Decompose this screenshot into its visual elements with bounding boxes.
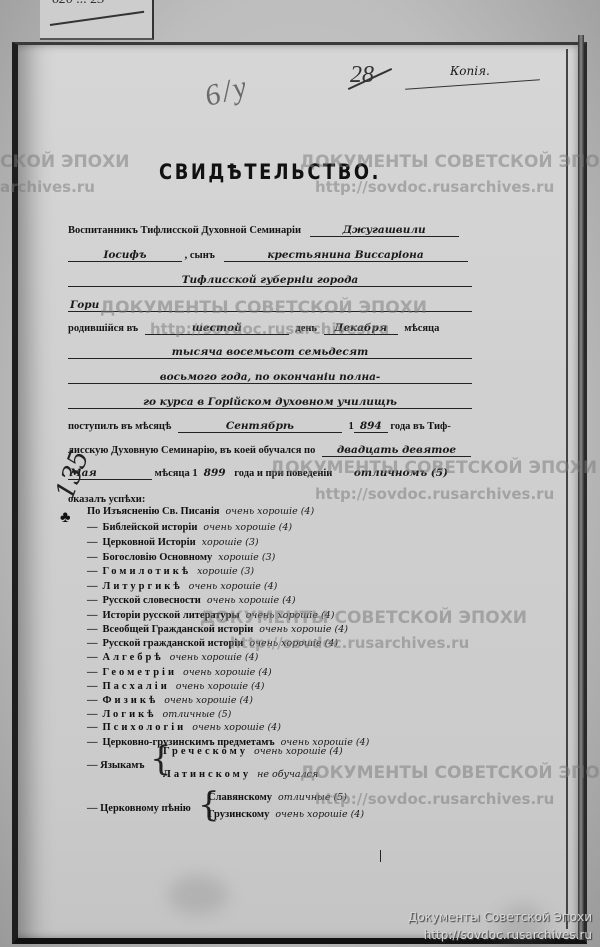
subject-row: —Физикѣочень хорошіе (4)	[87, 695, 253, 706]
subject-grade: очень хорошіе (4)	[189, 581, 278, 592]
given-name-field: Іосифъ	[68, 249, 182, 262]
language-row: Латинскомуне обучался	[163, 769, 318, 780]
archive-tab-number: 620 ... 23	[52, 0, 105, 8]
archive-tab: 620 ... 23	[40, 0, 154, 40]
pen-stroke	[50, 11, 144, 26]
language-name: Греческому	[163, 746, 248, 757]
subject-grade: хорошіе (3)	[218, 552, 275, 563]
subject-name: Геометріи	[103, 667, 178, 678]
singing-row: Славянскомуотличные (5)	[208, 792, 347, 803]
subject-name: Библейской исторіи	[103, 522, 198, 533]
subject-grade: очень хорошіе (4)	[192, 722, 281, 733]
subject-name: Алгебрѣ	[103, 652, 164, 663]
ink-mark	[380, 850, 381, 862]
birth-month-field: Декабря	[324, 322, 398, 335]
document-title: СВИДѢТЕЛЬСТВО.	[41, 160, 500, 184]
subject-grade: очень хорошіе (4)	[246, 610, 335, 621]
page-edge	[578, 35, 584, 940]
subject-name: Гомилотикѣ	[103, 566, 192, 577]
label-son: , сынъ	[185, 250, 215, 261]
subject-row: —Психологіиочень хорошіе (4)	[87, 722, 281, 733]
label-day: день	[295, 323, 317, 334]
studied-until-day-field: двадцать девятое	[322, 444, 471, 457]
subject-row: —Геометріиочень хорошіе (4)	[87, 667, 272, 678]
subject-row: —Русской гражданской исторіиочень хороші…	[87, 638, 338, 649]
label-born: родившійся въ	[68, 323, 138, 334]
singing-name: Грузинскому	[208, 809, 269, 820]
intro-line-10: лисскую Духовную Семинарію, въ коей обуч…	[68, 444, 471, 457]
intro-line-2: Іосифъ , сынъ крестьянина Виссаріона	[68, 249, 468, 262]
subject-name: Физикѣ	[103, 695, 159, 706]
intro-line-4: Гори	[68, 299, 472, 312]
label-pupil: Воспитанникъ Тифлисской Духовной Семинар…	[68, 225, 301, 236]
singing-grade: очень хорошіе (4)	[275, 809, 364, 820]
entry-year-field: 894	[354, 420, 388, 433]
language-row: Греческомуочень хорошіе (4)	[163, 746, 343, 757]
subject-row: —Библейской исторіиочень хорошіе (4)	[87, 522, 292, 533]
subject-name: Богословію Основному	[103, 552, 213, 563]
label-month: мѣсяца	[404, 323, 439, 334]
birth-year-field-2: восьмого года, по окончаніи полна-	[68, 371, 472, 384]
subject-grade: очень хорошіе (4)	[203, 522, 292, 533]
intro-line-8: го курса в Горійском духовном училищѣ	[68, 396, 472, 409]
language-grade: не обучался	[257, 769, 318, 780]
subject-row: —Всеобщей Гражданской исторіиочень хорош…	[87, 624, 348, 635]
subject-name: Логикѣ	[103, 709, 157, 720]
languages-label: — Языкамъ	[87, 760, 145, 771]
subject-row: —Церковной Исторіихорошіе (3)	[87, 537, 259, 548]
subject-name: Русской гражданской исторіи	[103, 638, 244, 649]
intro-line-11: Мая мѣсяца 1899 года и при поведеніи отл…	[68, 467, 463, 480]
singing-row: Грузинскомуочень хорошіе (4)	[208, 809, 364, 820]
label-studied: лисскую Духовную Семинарію, въ коей обуч…	[68, 445, 315, 456]
subject-grade: очень хорошіе (4)	[176, 681, 265, 692]
label-year-entered: года въ Тиф-	[390, 421, 450, 432]
origin-field-2: Гори	[68, 299, 472, 312]
subject-row: —Гомилотикѣхорошіе (3)	[87, 566, 254, 577]
intro-line-9: поступилъ въ мѣсяцѣ Сентябрѣ 1894 года в…	[68, 420, 451, 433]
subject-name: Пасхаліи	[103, 681, 170, 692]
footer-watermark-url: http://sovdoc.rusarchives.ru	[424, 928, 592, 942]
subject-grade: очень хорошіе (4)	[183, 667, 272, 678]
subject-row: —Алгебрѣочень хорошіе (4)	[87, 652, 258, 663]
subject-row: —Богословію Основномухорошіе (3)	[87, 552, 275, 563]
language-grade: очень хорошіе (4)	[254, 746, 343, 757]
subject-row: По Изъясненію Св. Писаніяочень хорошіе (…	[82, 506, 314, 517]
intro-line-5: родившійся въ шестой день Декабря мѣсяца	[68, 322, 439, 335]
subject-grade: очень хорошіе (4)	[225, 506, 314, 517]
subject-row: —Логикѣотличные (5)	[87, 709, 231, 720]
intro-line-1: Воспитанникъ Тифлисской Духовной Семинар…	[68, 224, 459, 237]
stain	[168, 875, 228, 915]
footer-watermark-title: Документы Советской Эпохи	[408, 910, 592, 924]
label-year-conduct: года и при поведеніи	[234, 468, 332, 479]
subject-name: Русской словесности	[103, 595, 201, 606]
birth-day-field: шестой	[145, 322, 289, 335]
label-month2: мѣсяца	[155, 468, 190, 479]
exit-year-field: 899	[198, 467, 232, 479]
birth-year-field-1: тысяча восемьсот семьдесят	[68, 346, 472, 359]
subject-grade: очень хорошіе (4)	[207, 595, 296, 606]
label-entered: поступилъ въ мѣсяцѣ	[68, 421, 171, 432]
entry-month-field: Сентябрѣ	[178, 420, 342, 433]
subject-name: Всеобщей Гражданской исторіи	[103, 624, 254, 635]
kopiya-label: Копія.	[450, 64, 490, 78]
subject-name: Церковной Исторіи	[103, 537, 196, 548]
subject-row: —Литургикѣочень хорошіе (4)	[87, 581, 277, 592]
ink-blot-icon: ♣	[60, 509, 71, 527]
surname-field: Джугашвили	[310, 224, 459, 237]
crossed-out-number: 28	[350, 62, 374, 89]
subject-row: —Исторіи русской литературыочень хорошіе…	[87, 610, 334, 621]
subject-grade: отличные (5)	[162, 709, 231, 720]
father-field: крестьянина Виссаріона	[224, 249, 468, 262]
subject-name: По Изъясненію Св. Писанія	[87, 506, 219, 517]
subject-name: Психологіи	[103, 722, 187, 733]
subject-row: —Пасхаліиочень хорошіе (4)	[87, 681, 264, 692]
subject-grade: очень хорошіе (4)	[170, 652, 259, 663]
church-singing-label: — Церковному пѣнію	[87, 803, 191, 814]
subject-grade: хорошіе (3)	[197, 566, 254, 577]
subject-grade: очень хорошіе (4)	[249, 638, 338, 649]
subject-grade: очень хорошіе (4)	[164, 695, 253, 706]
language-name: Латинскому	[163, 769, 251, 780]
intro-line-3: Тифлисской губерніи города	[68, 274, 472, 287]
intro-line-6: тысяча восемьсот семьдесят	[68, 346, 472, 359]
subject-grade: очень хорошіе (4)	[259, 624, 348, 635]
origin-field-1: Тифлисской губерніи города	[68, 274, 472, 287]
subject-name: Литургикѣ	[103, 581, 183, 592]
school-field: го курса в Горійском духовном училищѣ	[68, 396, 472, 409]
singing-grade: отличные (5)	[278, 792, 347, 803]
intro-line-7: восьмого года, по окончаніи полна-	[68, 371, 472, 384]
conduct-field: отличномъ (5)	[339, 467, 463, 479]
subject-name: Исторіи русской литературы	[103, 610, 240, 621]
subject-grade: хорошіе (3)	[202, 537, 259, 548]
subject-row: —Русской словесностиочень хорошіе (4)	[87, 595, 296, 606]
singing-name: Славянскому	[208, 792, 272, 803]
